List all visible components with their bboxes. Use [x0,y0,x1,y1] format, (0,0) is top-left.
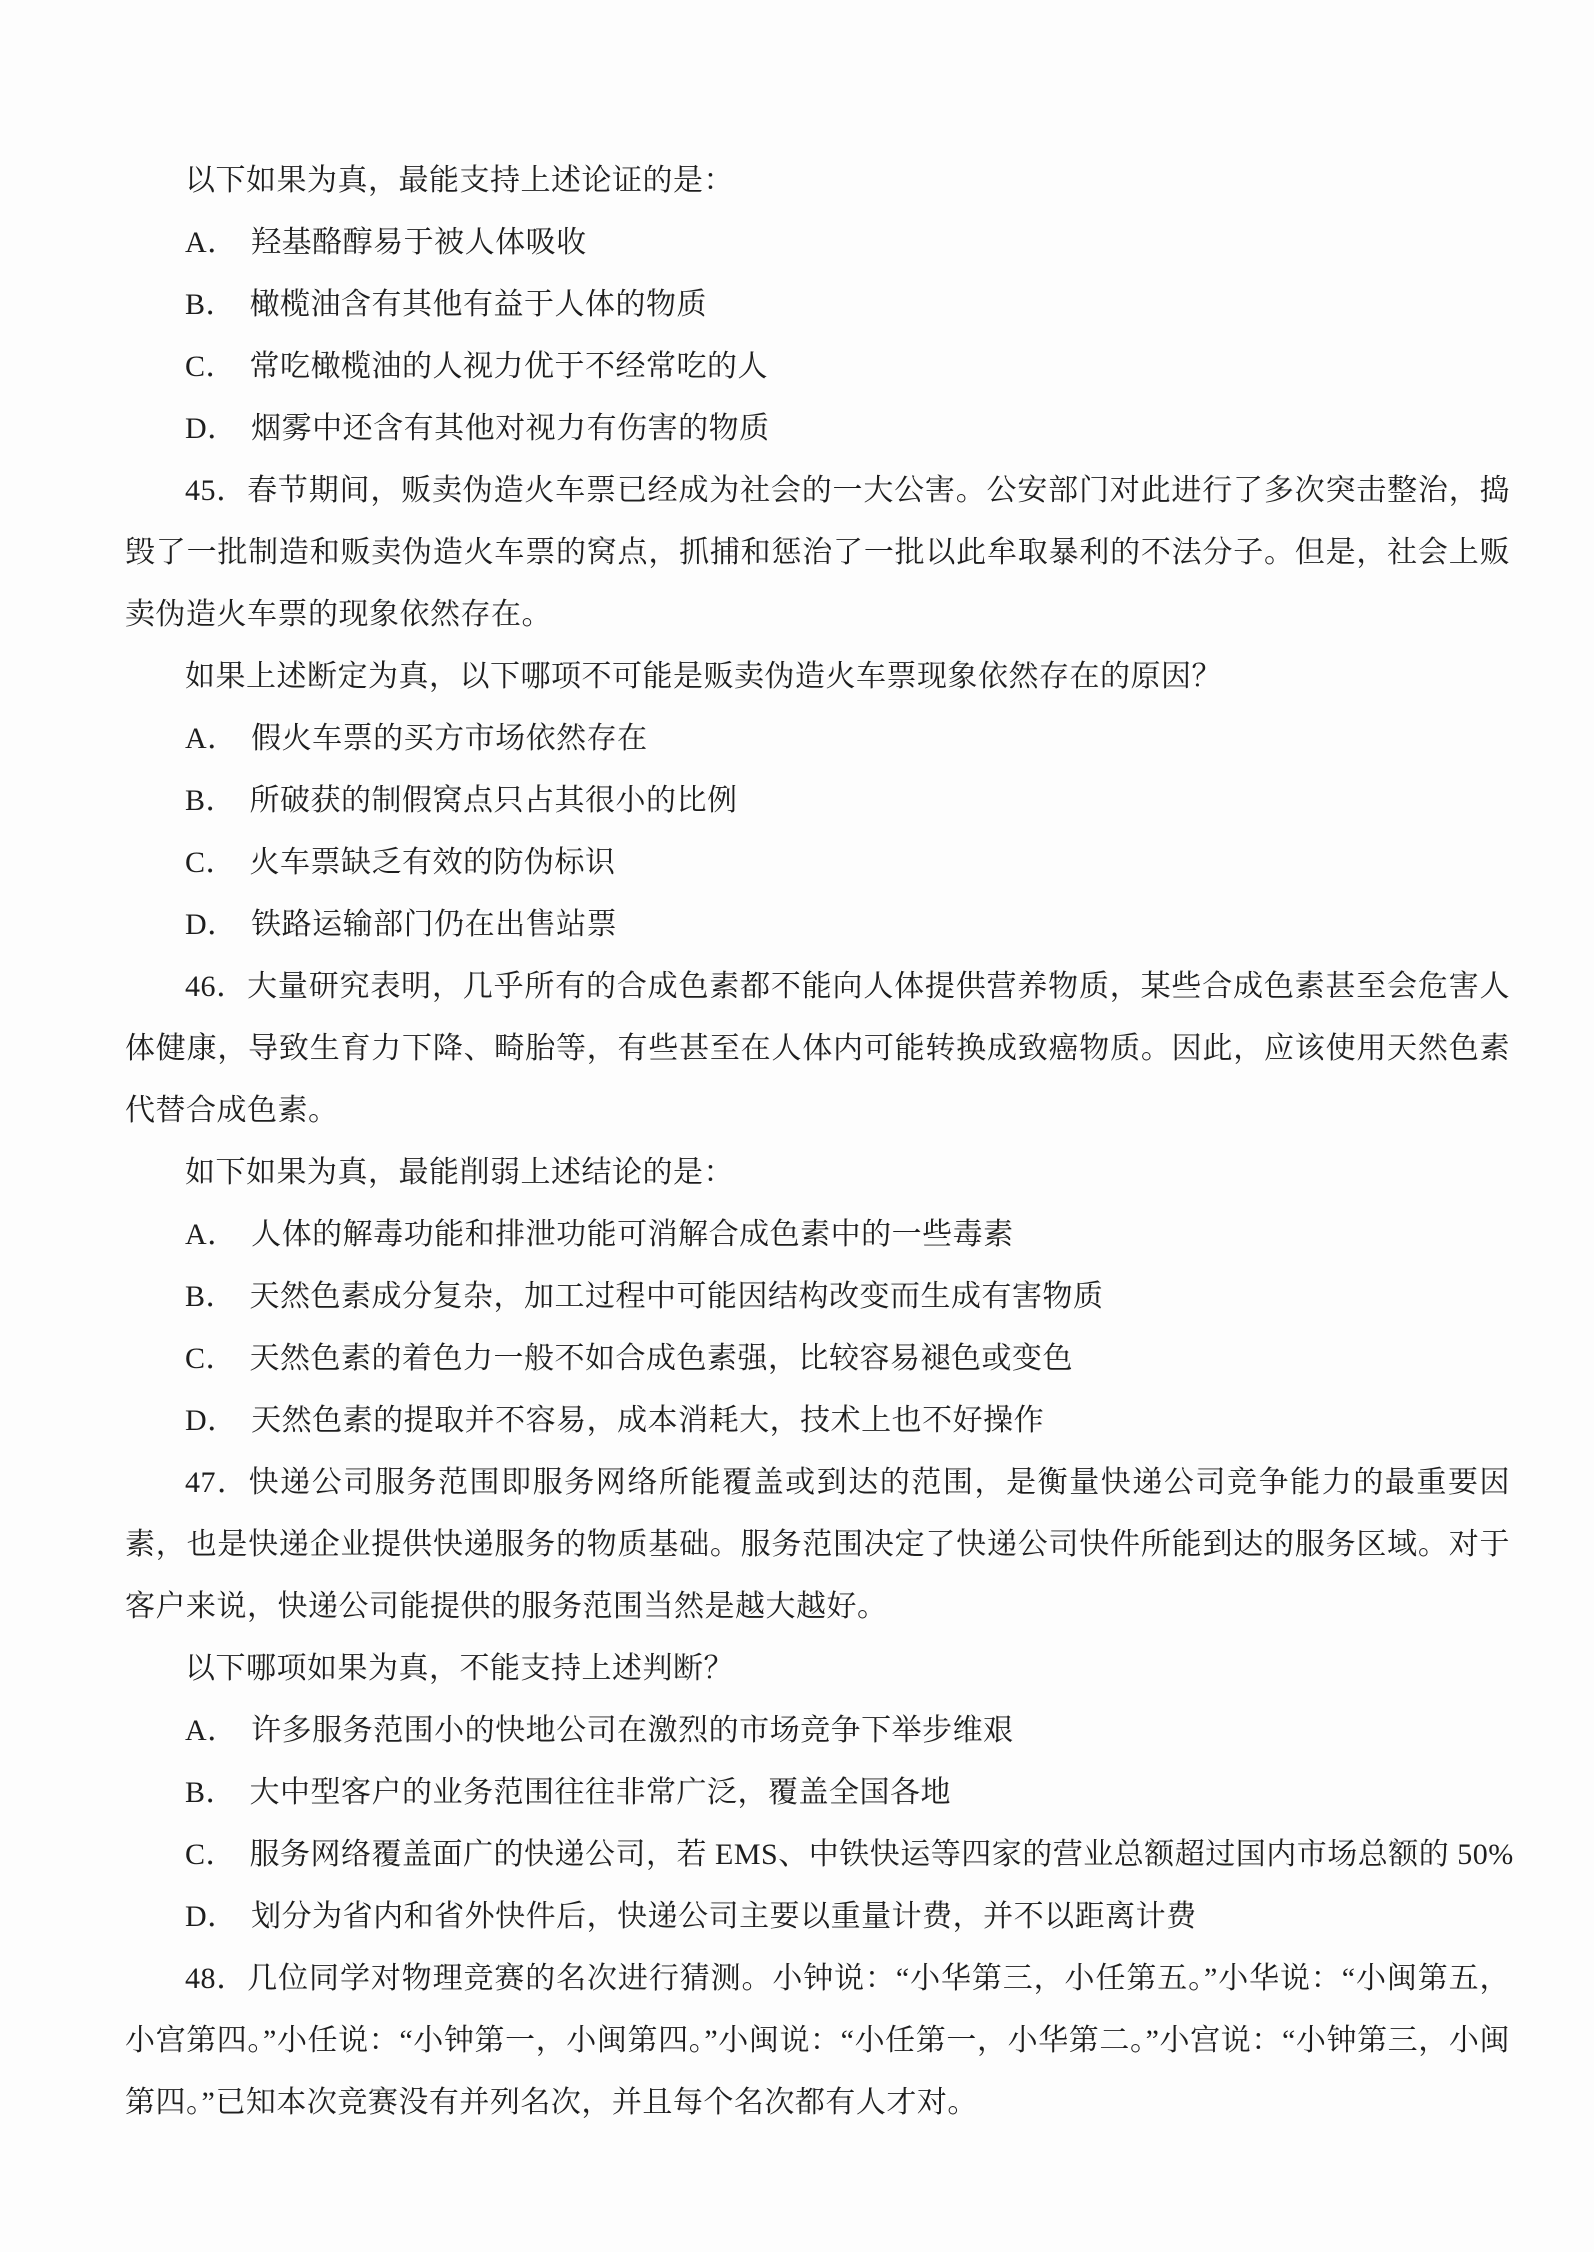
question-number: 48． [185,1962,247,1995]
option-row: D．天然色素的提取并不容易，成本消耗大，技术上也不好操作 [125,1390,1510,1452]
option-label: C． [185,350,236,383]
option-text: 常吃橄榄油的人视力优于不经常吃的人 [250,350,769,383]
question-45: 45．春节期间，贩卖伪造火车票已经成为社会的一大公害。公安部门对此进行了多次突击… [125,460,1510,956]
option-text: 大中型客户的业务范围往往非常广泛，覆盖全国各地 [250,1776,952,1809]
option-label: D． [185,412,238,445]
option-label: D． [185,1900,238,1933]
option-label: C． [185,846,236,879]
question-stem-text: 大量研究表明，几乎所有的合成色素都不能向人体提供营养物质，某些合成色素甚至会危害… [125,970,1510,1127]
option-label: B． [185,1280,236,1313]
question-prompt: 如下如果为真，最能削弱上述结论的是： [125,1142,1510,1204]
option-row: A．许多服务范围小的快地公司在激烈的市场竞争下举步维艰 [125,1700,1510,1762]
option-row: C．天然色素的着色力一般不如合成色素强，比较容易褪色或变色 [125,1328,1510,1390]
option-row: B．大中型客户的业务范围往往非常广泛，覆盖全国各地 [125,1762,1510,1824]
option-text: 羟基酪醇易于被人体吸收 [251,226,587,259]
option-text: 火车票缺乏有效的防伪标识 [250,846,616,879]
option-label: C． [185,1342,236,1375]
document-page: 以下如果为真，最能支持上述论证的是： A．羟基酪醇易于被人体吸收 B．橄榄油含有… [0,0,1594,2252]
question-stem-text: 春节期间，贩卖伪造火车票已经成为社会的一大公害。公安部门对此进行了多次突击整治，… [125,474,1510,631]
question-prompt: 以下哪项如果为真，不能支持上述判断？ [125,1638,1510,1700]
option-text: 天然色素的着色力一般不如合成色素强，比较容易褪色或变色 [250,1342,1074,1375]
question-stem: 46．大量研究表明，几乎所有的合成色素都不能向人体提供营养物质，某些合成色素甚至… [125,956,1510,1142]
option-text: 天然色素的提取并不容易，成本消耗大，技术上也不好操作 [251,1404,1044,1437]
option-text: 人体的解毒功能和排泄功能可消解合成色素中的一些毒素 [251,1218,1014,1251]
option-label: A． [185,1218,238,1251]
option-row: C．火车票缺乏有效的防伪标识 [125,832,1510,894]
option-row: A．假火车票的买方市场依然存在 [125,708,1510,770]
option-label: B． [185,784,236,817]
option-row: A．羟基酪醇易于被人体吸收 [125,212,1510,274]
option-row: D．划分为省内和省外快件后，快递公司主要以重量计费，并不以距离计费 [125,1886,1510,1948]
option-row: A．人体的解毒功能和排泄功能可消解合成色素中的一些毒素 [125,1204,1510,1266]
question-stem: 48．几位同学对物理竞赛的名次进行猜测。小钟说：“小华第三，小任第五。”小华说：… [125,1948,1510,2134]
option-row: B．天然色素成分复杂，加工过程中可能因结构改变而生成有害物质 [125,1266,1510,1328]
option-text: 许多服务范围小的快地公司在激烈的市场竞争下举步维艰 [251,1714,1014,1747]
option-row: C．常吃橄榄油的人视力优于不经常吃的人 [125,336,1510,398]
option-text: 划分为省内和省外快件后，快递公司主要以重量计费，并不以距离计费 [251,1900,1197,1933]
question-46: 46．大量研究表明，几乎所有的合成色素都不能向人体提供营养物质，某些合成色素甚至… [125,956,1510,1452]
question-partial: 以下如果为真，最能支持上述论证的是： A．羟基酪醇易于被人体吸收 B．橄榄油含有… [125,150,1510,460]
question-stem: 45．春节期间，贩卖伪造火车票已经成为社会的一大公害。公安部门对此进行了多次突击… [125,460,1510,646]
question-48: 48．几位同学对物理竞赛的名次进行猜测。小钟说：“小华第三，小任第五。”小华说：… [125,1948,1510,2134]
option-label: C． [185,1838,236,1871]
option-text: 烟雾中还含有其他对视力有伤害的物质 [251,412,770,445]
option-label: A． [185,722,238,755]
question-prompt: 如果上述断定为真，以下哪项不可能是贩卖伪造火车票现象依然存在的原因？ [125,646,1510,708]
option-text: 所破获的制假窝点只占其很小的比例 [250,784,738,817]
option-row: B．所破获的制假窝点只占其很小的比例 [125,770,1510,832]
option-text: 铁路运输部门仍在出售站票 [251,908,617,941]
option-label: D． [185,1404,238,1437]
question-47: 47．快递公司服务范围即服务网络所能覆盖或到达的范围，是衡量快递公司竞争能力的最… [125,1452,1510,1948]
option-label: A． [185,1714,238,1747]
option-text: 橄榄油含有其他有益于人体的物质 [250,288,708,321]
option-label: B． [185,288,236,321]
question-stem-text: 几位同学对物理竞赛的名次进行猜测。小钟说：“小华第三，小任第五。”小华说：“小闽… [125,1962,1510,2119]
option-text: 天然色素成分复杂，加工过程中可能因结构改变而生成有害物质 [250,1280,1104,1313]
option-row: D．铁路运输部门仍在出售站票 [125,894,1510,956]
option-label: B． [185,1776,236,1809]
option-text: 假火车票的买方市场依然存在 [251,722,648,755]
question-stem: 47．快递公司服务范围即服务网络所能覆盖或到达的范围，是衡量快递公司竞争能力的最… [125,1452,1510,1638]
question-number: 46． [185,970,247,1003]
option-text: 服务网络覆盖面广的快递公司，若 EMS、中铁快运等四家的营业总额超过国内市场总额… [250,1838,1514,1871]
option-row: D．烟雾中还含有其他对视力有伤害的物质 [125,398,1510,460]
question-stem-text: 快递公司服务范围即服务网络所能覆盖或到达的范围，是衡量快递公司竞争能力的最重要因… [125,1466,1510,1623]
option-label: A． [185,226,238,259]
option-row: B．橄榄油含有其他有益于人体的物质 [125,274,1510,336]
question-number: 47． [185,1466,249,1499]
question-prompt: 以下如果为真，最能支持上述论证的是： [125,150,1510,212]
option-label: D． [185,908,238,941]
question-number: 45． [185,474,247,507]
option-row: C．服务网络覆盖面广的快递公司，若 EMS、中铁快运等四家的营业总额超过国内市场… [125,1824,1510,1886]
